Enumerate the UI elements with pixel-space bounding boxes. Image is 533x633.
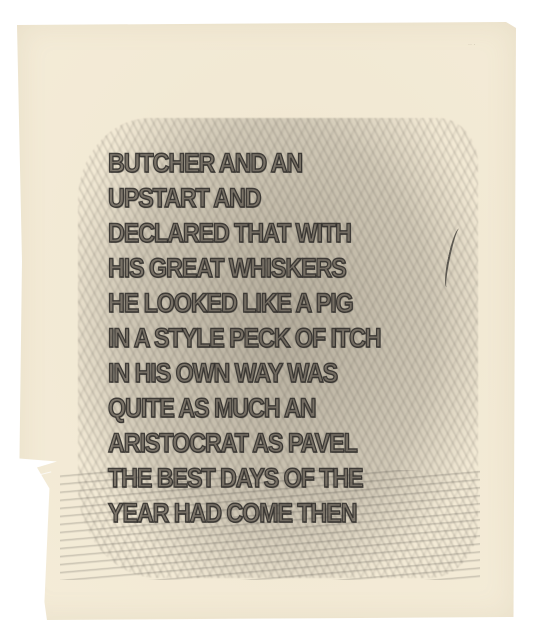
rubbed-text-block: BUTCHER AND AN UPSTART AND DECLARED THAT… bbox=[108, 146, 418, 531]
corner-pencil-note: ·· · bbox=[468, 42, 476, 48]
text-line: DECLARED THAT WITH bbox=[108, 216, 418, 251]
text-line: UPSTART AND bbox=[108, 181, 418, 216]
text-line: ARISTOCRAT AS PAVEL bbox=[108, 426, 418, 461]
text-line: QUITE AS MUCH AN bbox=[108, 391, 418, 426]
text-line: THE BEST DAYS OF THE bbox=[108, 461, 418, 496]
text-line: BUTCHER AND AN bbox=[108, 146, 418, 181]
text-line: IN A STYLE PECK OF ITCH bbox=[108, 321, 418, 356]
text-line: IN HIS OWN WAY WAS bbox=[108, 356, 418, 391]
text-line: YEAR HAD COME THEN bbox=[108, 496, 418, 531]
text-line: HE LOOKED LIKE A PIG bbox=[108, 286, 418, 321]
text-line: HIS GREAT WHISKERS bbox=[108, 251, 418, 286]
